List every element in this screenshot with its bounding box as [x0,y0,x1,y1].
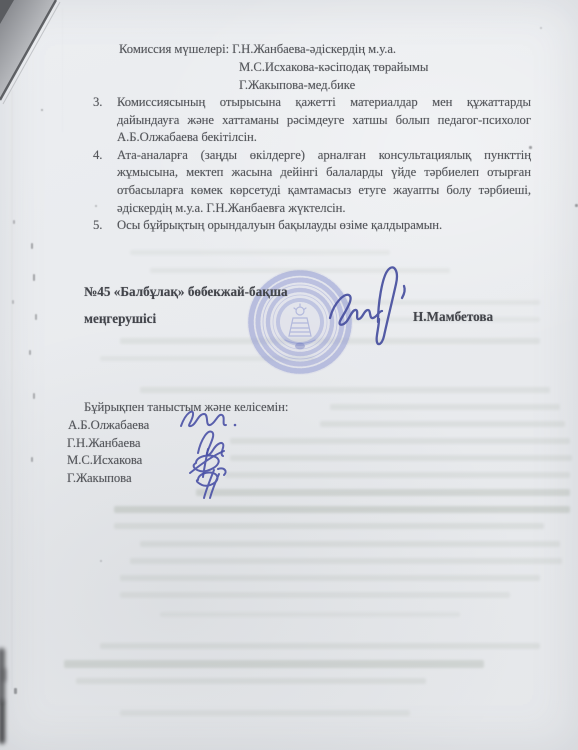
head-name: Н.Мамбетова [413,308,493,325]
signature-ink-icon [188,466,230,500]
order-item-3: 3. Комиссиясының отырысына қажетті матер… [93,94,531,147]
order-item-number: 5. [93,217,117,235]
org-name-line: №45 «Балбұлақ» бөбекжай-бақша [84,283,288,300]
scan-speck [35,314,37,320]
acknowledgement-name: М.С.Исхакова [67,452,142,470]
order-items-list: 3. Комиссиясының отырысына қажетті матер… [93,94,531,235]
scan-speck [13,220,15,224]
page-corner-fold [0,0,66,112]
scan-speck [29,350,31,355]
order-item-4: 4. Ата-аналарға (заңды өкілдерге) арналғ… [93,147,531,217]
order-item-text: Ата-аналарға (заңды өкілдерге) арналған … [117,147,531,217]
scanner-edge-smudge [2,668,6,682]
order-item-text: Осы бұйрықтың орындалуын бақылауды өзіме… [117,217,531,235]
commission-line-1: Комиссия мүшелері: Г.Н.Жанбаева-әдіскерд… [119,41,396,59]
scanner-edge-smudge [0,700,5,744]
acknowledgement-name: Г.Жакыпова [67,470,132,488]
scan-speck [540,27,542,29]
page-crease [11,90,13,690]
org-role-line: меңгерушісі [84,310,156,327]
order-item-text: Комиссиясының отырысына қажетті материал… [117,94,531,147]
order-item-number: 3. [93,94,117,112]
scan-speck [31,457,33,462]
order-item-5: 5. Осы бұйрықтың орындалуын бақылауды өз… [93,217,531,235]
scan-speck [33,393,35,399]
acknowledgement-name: А.Б.Олжабаева [68,417,149,435]
commission-line-2: М.С.Исхакова-кәсіподақ төрайымы [239,59,428,77]
scan-speck [14,688,17,694]
scan-speck [33,274,35,281]
scan-speck [31,243,33,249]
order-item-number: 4. [93,147,117,165]
commission-line-3: Г.Жакыпова-мед.бике [239,77,355,95]
scanned-document-page: Комиссия мүшелері: Г.Н.Жанбаева-әдіскерд… [0,0,578,750]
acknowledgement-name: Г.Н.Жанбаева [67,435,140,453]
scan-speck [100,560,102,562]
head-signature-ink-icon [316,258,412,358]
